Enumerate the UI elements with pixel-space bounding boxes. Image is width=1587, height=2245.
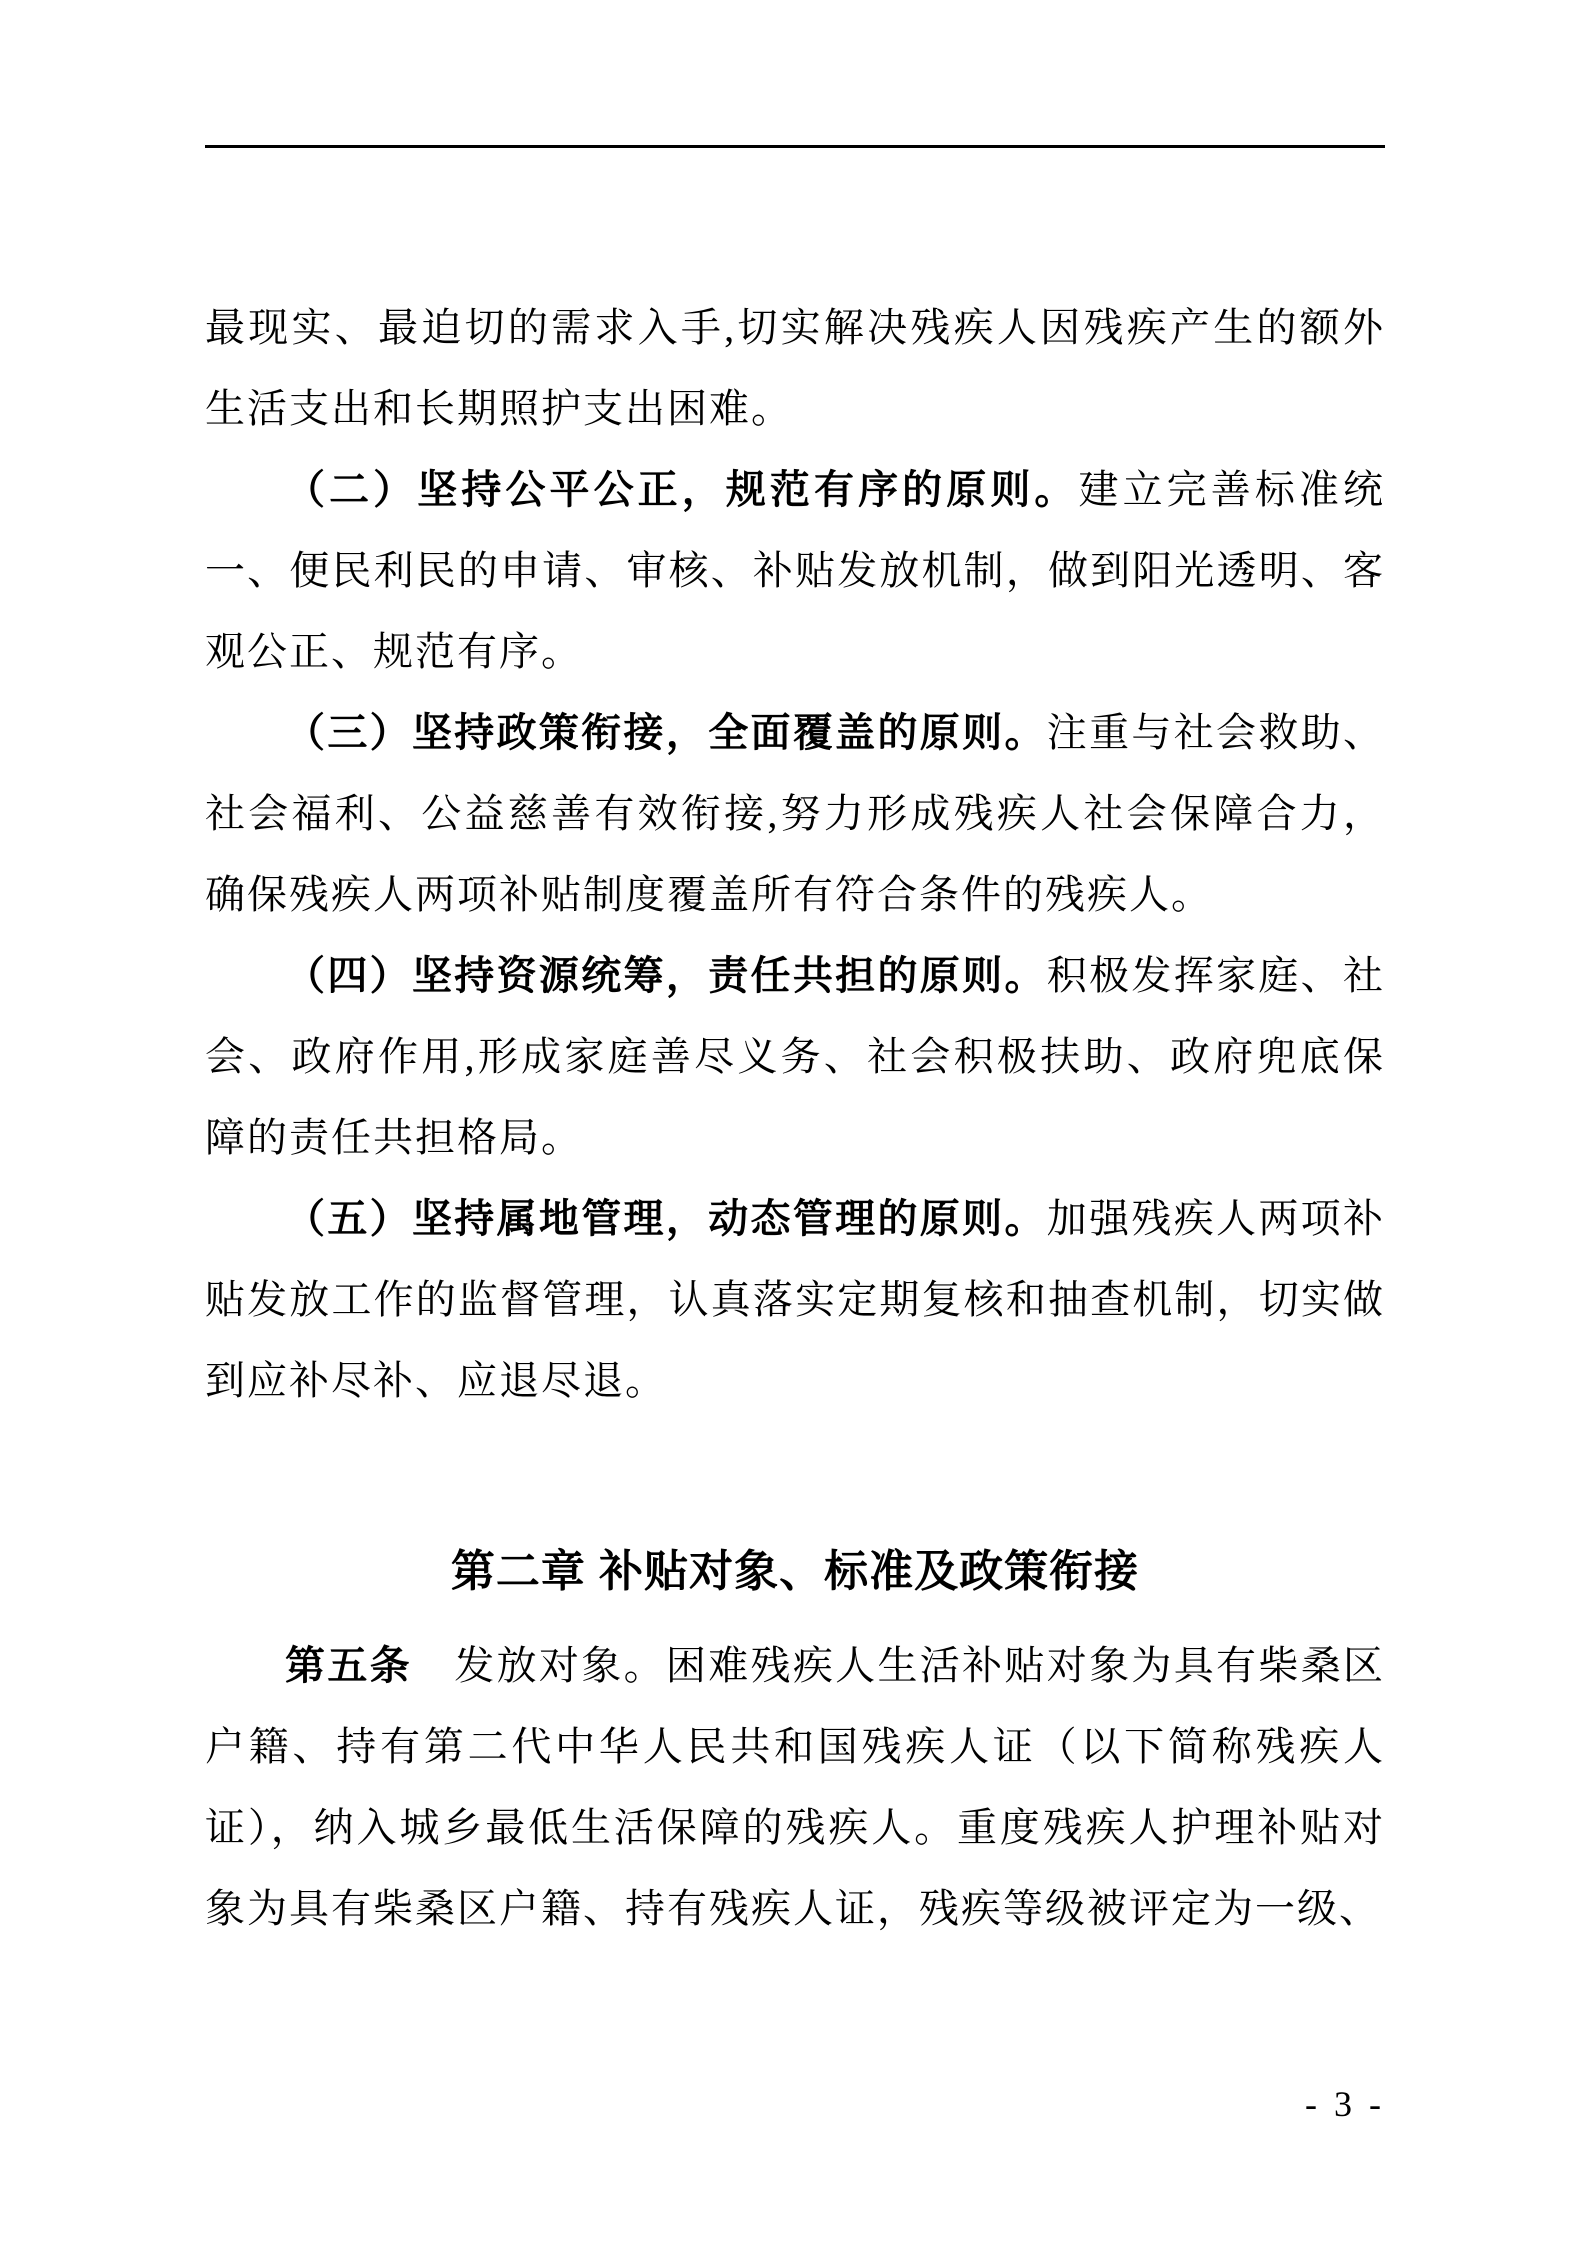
- paragraph-principle-4: （四）坚持资源统筹，责任共担的原则。积极发挥家庭、社会、政府作用,形成家庭善尽义…: [205, 935, 1385, 1178]
- paragraph-continuation: 最现实、最迫切的需求入手,切实解决残疾人因残疾产生的额外生活支出和长期照护支出困…: [205, 287, 1385, 449]
- paragraph-lead-bold: 第五条: [285, 1643, 412, 1688]
- paragraph-principle-3: （三）坚持政策衔接，全面覆盖的原则。注重与社会救助、社会福利、公益慈善有效衔接,…: [205, 692, 1385, 935]
- paragraph-lead-bold: （四）坚持资源统筹，责任共担的原则。: [285, 953, 1047, 998]
- paragraph-principle-5: （五）坚持属地管理，动态管理的原则。加强残疾人两项补贴发放工作的监督管理，认真落…: [205, 1178, 1385, 1421]
- section-chapter-two: 第五条 发放对象。困难残疾人生活补贴对象为具有柴桑区户籍、持有第二代中华人民共和…: [205, 1625, 1385, 1949]
- paragraph-lead-bold: （五）坚持属地管理，动态管理的原则。: [285, 1196, 1047, 1241]
- document-page: 最现实、最迫切的需求入手,切实解决残疾人因残疾产生的额外生活支出和长期照护支出困…: [0, 0, 1587, 2245]
- section-principles: 最现实、最迫切的需求入手,切实解决残疾人因残疾产生的额外生活支出和长期照护支出困…: [205, 287, 1385, 1421]
- chapter-heading: 第二章 补贴对象、标准及政策衔接: [205, 1531, 1385, 1612]
- paragraph-lead-bold: （二）坚持公平公正，规范有序的原则。: [285, 467, 1079, 512]
- paragraph-lead-bold: （三）坚持政策衔接，全面覆盖的原则。: [285, 710, 1047, 755]
- page-number: - 3 -: [1305, 2082, 1385, 2126]
- paragraph-article-5: 第五条 发放对象。困难残疾人生活补贴对象为具有柴桑区户籍、持有第二代中华人民共和…: [205, 1625, 1385, 1949]
- paragraph-principle-2: （二）坚持公平公正，规范有序的原则。建立完善标准统一、便民利民的申请、审核、补贴…: [205, 449, 1385, 692]
- paragraph-text: 最现实、最迫切的需求入手,切实解决残疾人因残疾产生的额外生活支出和长期照护支出困…: [205, 305, 1385, 431]
- header-rule: [205, 145, 1385, 148]
- document-body: 最现实、最迫切的需求入手,切实解决残疾人因残疾产生的额外生活支出和长期照护支出困…: [205, 287, 1385, 1949]
